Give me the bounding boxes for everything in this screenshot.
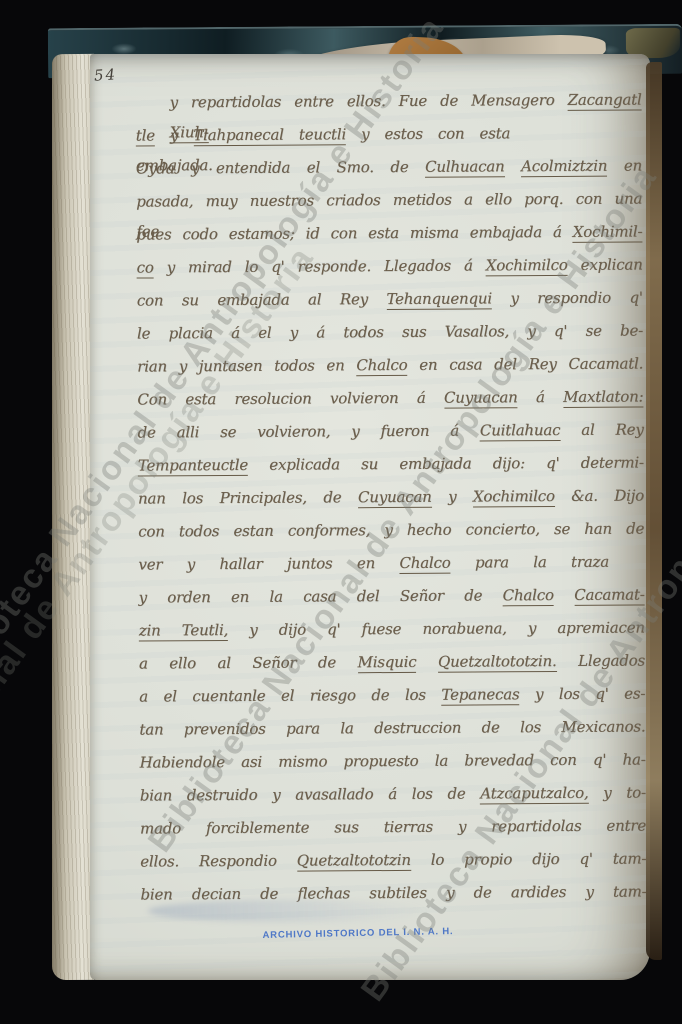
underlined-name: Xochimilco [486,256,568,276]
ink-smudge [148,900,428,922]
underlined-name: Acolmiztzin [521,157,607,178]
manuscript-line: a el cuentanle el riesgo de los Tepaneca… [139,678,645,714]
underlined-name: Tehanquenqui [386,289,492,310]
manuscript-line: tan prevenidos para la destruccion de lo… [139,711,645,747]
text-segment: le placia á el y á todos sus Vasallos, y… [137,321,643,342]
underlined-name: zin Teutli, [139,621,228,642]
text-segment: y los q' es- [519,684,645,703]
text-segment: Habiendole asi mismo propuesto la breved… [140,750,646,771]
text-segment: &a. Dijo [555,486,644,505]
text-segment: lo propio dijo q' tam- [411,849,647,868]
manuscript-line: con todos estan conformes, y hecho conci… [138,513,644,549]
underlined-name: Culhuacan [425,157,505,177]
manuscript-lines: y repartidolas entre ellos. Fue de Mensa… [135,84,646,912]
text-segment [416,653,438,671]
manuscript-line: de alli se volvieron, y fueron á Cuitlah… [138,414,644,450]
page-number: 54 [93,65,117,85]
text-segment: a ello al Señor de [139,653,358,672]
underlined-name: Cuyuacan [358,488,432,508]
text-segment: y respondio q' [492,288,643,307]
text-segment: bian destruido y avasallado á los de [140,784,481,804]
text-segment: mado forciblemente sus tierras y reparti… [140,816,646,837]
text-segment: explican [568,255,643,273]
text-segment: a el cuentanle el riesgo de los [139,686,441,706]
text-segment: ver y hallar juntos en [138,554,399,574]
text-segment: y [432,487,473,505]
manuscript-line: nan los Principales, de Cuyuacan y Xochi… [138,480,644,516]
underlined-name: co [137,258,154,278]
text-segment: y mirad lo q' responde. Llegados á [154,256,486,276]
underlined-name: Misquic [357,653,416,673]
underlined-name: Xochimil- [573,222,643,242]
text-segment: y to- [588,783,645,801]
underlined-name: Atzcaputzalco, [480,784,588,805]
underlined-name: Quetzaltototzin. [438,652,557,673]
underlined-name: Cuyuacan [444,388,518,408]
text-segment: pues codo estamos; id con esta misma emb… [136,223,572,244]
text-segment: con todos estan conformes, y hecho conci… [138,519,644,540]
text-segment: al Rey [560,420,643,439]
manuscript-line: Tempanteuctle explicada su embajada dijo… [138,447,644,483]
underlined-name: Tlahpanecal teuctli [193,125,346,146]
text-segment: en casa del Rey Cacamatl. [407,354,643,373]
text-segment: Llegados [556,651,645,670]
text-segment: Oyda y entendida el Smo. de [136,158,425,178]
facing-page-edge [646,62,662,960]
manuscript-line: pues codo estamos; id con esta misma emb… [136,216,642,252]
manuscript-line: Oyda y entendida el Smo. de Culhuacan Ac… [136,150,642,186]
underlined-name: Tempanteuctle [138,456,248,477]
manuscript-line: zin Teutli, y dijo q' fuese norabuena, y… [139,612,645,648]
manuscript-page: 54 y repartidolas entre ellos. Fue de Me… [90,54,650,980]
text-segment: en [607,156,642,174]
manuscript-line: le placia á el y á todos sus Vasallos, y… [137,315,643,351]
text-segment: Con esta resolucion volvieron á [137,389,444,409]
text-segment [554,586,575,604]
text-segment: á [518,388,564,406]
manuscript-line: ver y hallar juntos en Chalco para la tr… [138,547,609,583]
underlined-name: Chalco [399,554,450,574]
text-segment: tan prevenidos para la destruccion de lo… [139,717,645,738]
manuscript-line: con su embajada al Rey Tehanquenqui y re… [137,282,643,318]
text-segment: y orden en la casa del Señor de [139,586,503,606]
manuscript-line: Habiendole asi mismo propuesto la breved… [140,744,646,780]
archive-stamp: ARCHIVO HISTORICO DEL I. N. A. H. [253,926,463,941]
text-segment: y repartidolas entre ellos. Fue de Mensa… [170,91,568,111]
manuscript-line: mado forciblemente sus tierras y reparti… [140,810,646,846]
text-segment: rian y juntasen todos en [137,356,356,375]
underlined-name: Xochimilco [473,487,555,507]
text-segment: de alli se volvieron, y fueron á [138,421,480,441]
manuscript-line: bian destruido y avasallado á los de Atz… [140,777,646,813]
manuscript-line: pasada, muy nuestros criados metidos a e… [136,183,642,219]
page-stack-fore-edge [52,54,94,980]
manuscript-line: ellos. Respondio Quetzaltototzin lo prop… [140,843,646,879]
underlined-name: Quetzaltototzin [297,851,411,872]
text-segment: nan los Principales, de [138,488,358,507]
text-segment: y [155,126,194,144]
text-segment: con su embajada al Rey [137,290,387,310]
text-segment: y dijo q' fuese norabuena, y apremiacen [228,618,645,639]
manuscript-line: co y mirad lo q' responde. Llegados á Xo… [136,249,642,285]
manuscript-line: tle y Tlahpanecal teuctli y estos con es… [136,118,511,153]
underlined-name: Cuitlahuac [480,421,560,441]
underlined-name: Maxtlaton: [563,387,643,407]
manuscript-line: Con esta resolucion volvieron á Cuyuacan… [137,381,643,417]
manuscript-line: y repartidolas entre ellos. Fue de Mensa… [169,84,641,120]
manuscript-photo: 54 y repartidolas entre ellos. Fue de Me… [0,0,682,1024]
manuscript-line: y orden en la casa del Señor de Chalco C… [139,579,645,615]
underlined-name: Chalco [503,586,554,606]
text-segment: explicada su embajada dijo: q' determi- [248,453,644,473]
underlined-name: Chalco [356,356,407,376]
text-segment: ellos. Respondio [140,852,297,871]
manuscript-line: rian y juntasen todos en Chalco en casa … [137,348,643,384]
text-segment [504,157,521,175]
text-segment: bien decian de flechas subtiles y de ard… [140,882,646,903]
underlined-name: Cacamat- [574,585,645,605]
underlined-name: tle [136,126,155,146]
underlined-name: Tepanecas [441,685,519,705]
text-segment: para la traza [450,553,609,572]
manuscript-line: a ello al Señor de Misquic Quetzaltototz… [139,645,645,681]
